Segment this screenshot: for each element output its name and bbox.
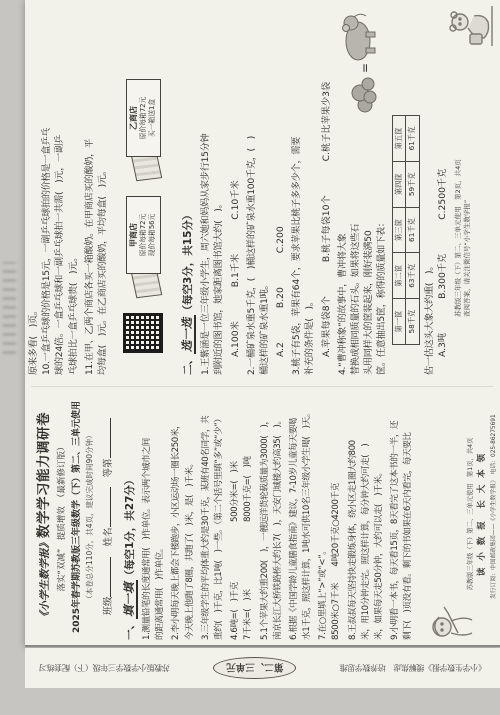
question-line: 米，如果每天走50分钟，大约可以走( )千米。 <box>373 394 386 640</box>
question-line: 7.在○里填上“>”或“<”。 <box>317 394 330 640</box>
test-sheet-rotated: 《小学生数学报》数学学习能力调研卷 落实“双减” 提质增效 （最新修订版） 20… <box>25 0 500 647</box>
edition-line: 2025年春学期苏教版三年级数学（下）第二、三单元使用 <box>69 394 82 640</box>
grade-field: 等第 <box>100 418 114 477</box>
section-1-no: 一、 <box>124 619 136 640</box>
grade-blank-line <box>101 418 111 458</box>
option-item: C.2500千克 <box>436 169 449 220</box>
question-line: 均每盒( )元。在乙商店买的酸奶，平均每盒( )元。 <box>96 9 109 375</box>
section-2-score: （每空3分，共15分） <box>182 210 194 316</box>
unit-badge: 第二、三单元 <box>213 657 296 679</box>
option-item: B.桃子每袋10个 <box>320 195 333 262</box>
table-header-cell: 第三筐 <box>393 207 407 253</box>
question-line: 米，用10分钟走完。照这样计算，每分钟大约可走( ) <box>360 394 373 640</box>
newspaper-name: 《小学生数学报》 <box>39 538 51 622</box>
option-item: A.2 <box>274 342 287 357</box>
shop-b-name: 乙商店 <box>129 82 139 154</box>
choice-question-4: 4.“曹冲称象”的故事中，曹冲将大象替换成相同质量的石头。如果将这些石头用同样大… <box>336 9 449 375</box>
question-11-figure: 甲商店 原价每箱72元 现价每箱56元 乙商店 原价每箱72元 买一箱送1盒 <box>114 9 172 353</box>
question-line: 补充的条件是( )。 <box>303 9 316 375</box>
footer-line: 苏教版三年级（下）第二、三单元使用 第2页，共4页 <box>454 9 463 317</box>
animal-mascot-doodle-icon <box>444 2 496 52</box>
class-blank-line <box>101 557 111 597</box>
name-blank-line <box>101 488 111 528</box>
footer-slogan-line: 读 小 数 报 长 大 本 领 <box>475 429 487 599</box>
question-1: 1.测量铅笔的长度通常用( )作单位。表示两个城市之间的距离通常用( )作单位。 <box>141 394 167 640</box>
question-line: 7千米=( )米8000千克=( )吨 <box>242 394 255 640</box>
question-line: 4.“曹冲称象”的故事中，曹冲将大象 <box>336 120 349 375</box>
table-header-cell: 第二筐 <box>393 252 407 298</box>
option-item: A.3吨 <box>436 333 449 357</box>
question-line: 桶这样的矿泉水重1吨。 <box>258 9 271 375</box>
question-line: 6.根据《中国学龄儿童膳食指南》建议，7-10岁儿童每天要喝 <box>288 394 301 640</box>
shop-b-promo: 买一箱送1盒 <box>148 82 157 154</box>
question-line: 头用同样大的筐装起来，刚好装满50 <box>362 120 375 375</box>
table-header-row: 第一筐第二筐第三筐第四筐第五筐 <box>393 116 407 344</box>
table-value-row: 58千克63千克61千克59千克61千克 <box>406 116 419 344</box>
option-item: C.10千米 <box>229 180 242 219</box>
table-value-cell: 59千克 <box>406 161 419 207</box>
page-fold-line <box>31 386 493 387</box>
option-item: A.苹果每袋8个 <box>320 296 333 357</box>
table-header-cell: 第五筐 <box>393 116 407 161</box>
question-line: 3.三年级学生的平均体重大约是30千克，某班有40名同学，共 <box>200 394 213 640</box>
question-line: 8500米○7千米 4吨20千克○4200千克 <box>330 394 343 640</box>
question-line: 1.王紫涵是一位三年级小学生，周六她和妈妈从家步行15分钟 <box>199 9 212 375</box>
conversion-item: 4.6吨=( )千克 <box>229 522 242 640</box>
question-line: 9.小明看一本书，每天看15页，8天看完了这本书的一半，还 <box>389 394 402 640</box>
page-1: 《小学生数学报》数学学习能力调研卷 落实“双减” 提质增效 （最新修订版） 20… <box>25 387 500 647</box>
table-value-cell: 61千克 <box>406 207 419 253</box>
conversion-item: 500分米=( )米 <box>230 461 240 522</box>
adjacent-page-strip-upside-down: 《小学生数学报》缓解焦虑 培养数学思维 第二、三单元 苏教版小学数学三年级（下）… <box>25 648 500 688</box>
question-line: 剩下( )页没有看。剩下的书如果在6天内看完，每天要比 <box>402 394 415 640</box>
question-line: 南京长江大桥铁路桥大约长7( )，天安门城楼大约高35( )。 <box>272 394 285 640</box>
table-value-cell: 61千克 <box>406 116 419 161</box>
choice-question-3: 3.桃子有5袋，苹果有64个，要求苹果比桃子多多少个，需要补充的条件是( )。 <box>290 9 316 375</box>
question-10: 10.一盒乒乓球的价格是15元，一副乒乓球拍的价格是一盒乒乓球的24倍。一盒乒乓… <box>40 9 80 375</box>
option-item: B.300千克 <box>436 254 449 299</box>
question-11: 11.在甲、乙两个商店各买一箱酸奶。在甲商店买的酸奶，平均每盒( )元。在乙商店… <box>83 9 109 375</box>
question-line: 5.1个苹果大约重200( )，一艘远洋货轮载质量为3000( )， <box>259 394 272 640</box>
question-line: 筐。任意抽出5筐，称得的质量如下表： <box>375 120 388 375</box>
choice-question-4-tail: 估一估这头大象大约重( )。 <box>423 120 436 375</box>
shop-b-figure: 乙商店 原价每箱72元 买一箱送1盒 <box>126 79 161 180</box>
page-2-footer: 苏教版三年级（下）第二、三单元使用 第2页，共4页查阅答案，请关注微信号“小学生… <box>454 9 472 375</box>
choice-question-2-options: A.2B.20C.200 <box>274 9 287 375</box>
section-2-name: 选一选 <box>180 316 196 355</box>
question-5: 5.1个苹果大约重200( )，一艘远洋货轮载质量为3000( )，南京长江大桥… <box>259 394 285 640</box>
question-line: 10.一盒乒乓球的价格是15元，一副乒乓球拍的价格是一盒乒乓 <box>40 9 53 375</box>
student-fields: 班级 姓名 等第 <box>100 394 114 640</box>
qr-code-icon <box>123 313 163 353</box>
choice-question-2: 2.一桶矿泉水重5千克，( )桶这样的矿泉水重100千克，( )桶这样的矿泉水重… <box>245 9 271 375</box>
option-item: B.1千米 <box>229 254 242 287</box>
scanned-test-paper-photo: 《小学生数学报》数学学习能力调研卷 落实“双减” 提质增效 （最新修订版） 20… <box>0 0 500 715</box>
conversion-item: 8000千克=( )吨 <box>243 456 253 522</box>
question-line: 重约( )千克，比1吨( )一些。（第二个括号里填“多”或“少”） <box>213 394 226 640</box>
section-2-header: 二、选一选（每空3分，共15分） <box>179 9 195 375</box>
option-item: A.100米 <box>229 321 242 357</box>
table-value-cell: 63千克 <box>406 252 419 298</box>
question-3: 3.三年级学生的平均体重大约是30千克，某班有40名同学，共重约( )千克，比1… <box>200 394 226 640</box>
question-line: 替换成相同质量的石头。如果将这些石 <box>349 120 362 375</box>
option-item: C.200 <box>274 226 287 253</box>
grade-label: 等第 <box>103 458 114 477</box>
footer-line: 查阅答案，请关注微信号“小学生数学报” <box>463 9 472 317</box>
section-1-header: 一、填一填（每空1分，共27分） <box>121 394 137 640</box>
question-2: 2.李小明每天晚上都会下楼跑步，小区运动场一圈长250米，今天晚上他跑了8圈，共… <box>170 394 196 640</box>
question-line: 水1千克，照这样计算，1吨水可供10名三年级小学生喝( )天。 <box>301 394 314 640</box>
choice-question-1: 1.王紫涵是一位三年级小学生，周六她和妈妈从家步行15分钟到附近的图书馆，她家距… <box>199 9 225 375</box>
footer-contact-line: 发行订阅：中国邮政集团——《小学生数学报》 电话：025-86275691 <box>488 429 497 599</box>
shop-b-price-box: 乙商店 原价每箱72元 买一箱送1盒 <box>126 79 161 157</box>
student-mascot-doodle-icon <box>428 603 476 647</box>
table-value-cell: 58千克 <box>406 298 419 344</box>
question-6: 6.根据《中国学龄儿童膳食指南》建议，7-10岁儿童每天要喝水1千克，照这样计算… <box>288 394 314 640</box>
question-line: 1.测量铅笔的长度通常用( )作单位。表示两个城市之间 <box>141 394 154 640</box>
section-1-score: （每空1分，共27分） <box>124 475 136 581</box>
question-line: 今天晚上他跑了8圈，共跑了( )米，是( )千米。 <box>184 394 197 640</box>
question-line: 3.桃子有5袋，苹果有64个，要求苹果比桃子多多少个，需要 <box>290 9 303 375</box>
footer-series-line: 苏教版三年级（下）第二、三单元使用 第1页，共4页 <box>465 429 474 599</box>
stones-equal-elephant-icon: = <box>332 11 378 115</box>
name-label: 姓名 <box>103 528 114 547</box>
question-9-continuation: 原来多看( )页。 <box>27 9 40 375</box>
paper-title: 《小学生数学报》数学学习能力调研卷 <box>32 394 52 640</box>
table-header-cell: 第四筐 <box>393 161 407 207</box>
exam-note: （本卷总分110分，共4页，建议完成时间90分钟） <box>84 394 95 640</box>
question-line: 2.一桶矿泉水重5千克，( )桶这样的矿泉水重100千克，( ) <box>245 9 258 375</box>
question-line: 到附近的图书馆，她家距离图书馆大约( )。 <box>212 9 225 375</box>
question-8: 8.王叔叔每天坚持快走锻炼身体，绕小区走1圈大约800米，用10分钟走完。照这样… <box>347 394 387 640</box>
shop-b-price: 原价每箱72元 <box>139 82 148 154</box>
option-item: B.20 <box>274 287 287 308</box>
slogan-line: 落实“双减” 提质增效 （最新修订版） <box>55 394 67 640</box>
section-1-name: 填一填 <box>122 581 138 620</box>
table-header-cell: 第一筐 <box>393 298 407 344</box>
shop-a-price: 原价每箱72元 <box>139 199 148 271</box>
conversion-item: 7千米=( )米 <box>242 522 255 640</box>
question-line: 球的24倍。一盒乒乓球和一副乒乓球拍一共需( )元，一副乒 <box>53 9 66 375</box>
class-label: 班级 <box>103 597 114 616</box>
question-7: 7.在○里填上“>”或“<”。8500米○7千米 4吨20千克○4200千克 <box>317 394 343 640</box>
question-line: 8.王叔叔每天坚持快走锻炼身体，绕小区走1圈大约800 <box>347 394 360 640</box>
name-field: 姓名 <box>100 488 114 547</box>
shop-a-price-box: 甲商店 原价每箱72元 现价每箱56元 <box>126 196 161 274</box>
question-9: 9.小明看一本书，每天看15页，8天看完了这本书的一半，还剩下( )页没有看。剩… <box>389 394 415 640</box>
stone-weight-table: 第一筐第二筐第三筐第四筐第五筐 58千克63千克61千克59千克61千克 <box>392 115 420 345</box>
scan-smudge <box>3 262 16 354</box>
shop-a-name: 甲商店 <box>129 199 139 271</box>
page-edge-rule <box>25 645 500 647</box>
question-line: 11.在甲、乙两个商店各买一箱酸奶。在甲商店买的酸奶，平 <box>83 9 96 375</box>
shop-a-promo: 现价每箱56元 <box>148 199 157 271</box>
svg-text:=: = <box>358 63 372 73</box>
page-2: 原来多看( )页。 10.一盒乒乓球的价格是15元，一副乒乓球拍的价格是一盒乒乓… <box>25 0 500 384</box>
section-2-no: 二、 <box>182 354 194 375</box>
question-line: 的距离通常用( )作单位。 <box>154 394 167 640</box>
question-line: 4.6吨=( )千克500分米=( )米 <box>229 394 242 640</box>
question-line: 2.李小明每天晚上都会下楼跑步，小区运动场一圈长250米， <box>170 394 183 640</box>
strip-slogan: 《小学生数学报》缓解焦虑 培养数学思维 <box>340 663 486 674</box>
question-line: 乓球拍比一盒乒乓球贵( )元。 <box>67 9 80 375</box>
class-field: 班级 <box>100 557 114 616</box>
choice-question-4-options: A.3吨B.300千克C.2500千克 <box>436 9 449 375</box>
page-title: 数学学习能力调研卷 <box>36 412 52 538</box>
shop-a-figure: 甲商店 原价每箱72元 现价每箱56元 <box>126 196 161 297</box>
question-4: 4.6吨=( )千克500分米=( )米 7千米=( )米8000千克=( )吨 <box>229 394 255 640</box>
choice-question-1-options: A.100米B.1千米C.10千米 <box>229 9 242 375</box>
page-1-footer: 苏教版三年级（下）第二、三单元使用 第1页，共4页 读 小 数 报 长 大 本 … <box>465 429 497 599</box>
strip-series-label: 苏教版小学数学三年级（下）配套练习 <box>39 663 170 674</box>
